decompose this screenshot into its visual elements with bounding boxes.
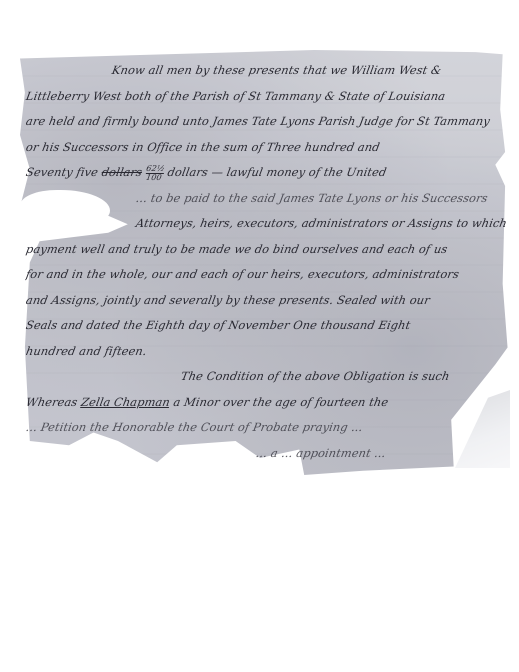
text-line: Littleberry West both of the Parish of S… [24, 84, 508, 110]
whereas-prefix: Whereas [25, 395, 79, 409]
text-line: The Condition of the above Obligation is… [24, 364, 508, 390]
scanned-page: Know all men by these presents that we W… [0, 0, 519, 672]
text-line: ... Petition the Honorable the Court of … [24, 415, 508, 441]
text-line: payment well and truly to be made we do … [24, 237, 508, 263]
text-line: for and in the whole, our and each of ou… [24, 262, 508, 288]
text-line: hundred and fifteen. [24, 339, 508, 365]
text-line: Seals and dated the Eighth day of Novemb… [24, 313, 508, 339]
amount-suffix: dollars — lawful money of the United [166, 165, 387, 179]
minor-name: Zella Chapman [80, 395, 171, 409]
text-line: or his Successors in Office in the sum o… [24, 135, 508, 161]
text-line: Attorneys, heirs, executors, administrat… [24, 211, 508, 237]
text-line: Know all men by these presents that we W… [24, 58, 508, 84]
amount-fraction: 62½ 100 [144, 165, 165, 182]
text-line: ... to be paid to the said James Tate Ly… [24, 186, 508, 212]
text-line-whereas: Whereas Zella Chapman a Minor over the a… [24, 390, 508, 416]
amount-prefix: Seventy five [25, 165, 99, 179]
text-line-amount: Seventy five dollars 62½ 100 dollars — l… [24, 160, 508, 186]
whereas-suffix: a Minor over the age of fourteen the [172, 395, 389, 409]
text-line: are held and firmly bound unto James Tat… [24, 109, 508, 135]
handwritten-text: Know all men by these presents that we W… [26, 58, 506, 466]
struck-word: dollars [101, 165, 144, 179]
text-line: and Assigns, jointly and severally by th… [24, 288, 508, 314]
text-line: ... a ... appointment ... [24, 441, 508, 467]
fraction-denominator: 100 [144, 174, 164, 182]
